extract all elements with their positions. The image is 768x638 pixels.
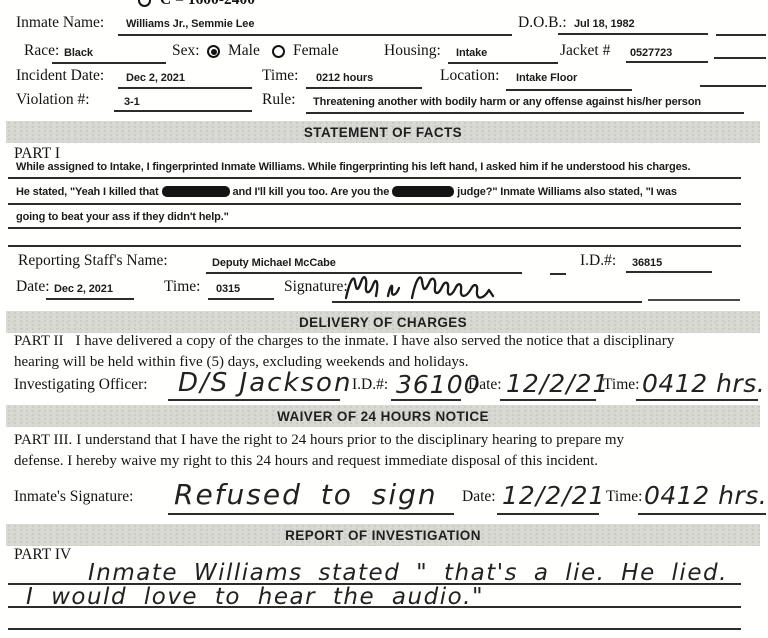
delivery-time-label: Time: bbox=[603, 376, 639, 394]
officer-underline bbox=[168, 399, 340, 401]
reporting-time-underline bbox=[208, 298, 274, 300]
dob-value: Jul 18, 1982 bbox=[574, 18, 635, 30]
race-underline bbox=[52, 62, 166, 64]
statement-line-3: going to beat your ass if they didn't he… bbox=[16, 211, 229, 223]
writing-line bbox=[8, 203, 741, 205]
inmate-name-label: Inmate Name: bbox=[16, 14, 104, 32]
writing-line bbox=[8, 177, 741, 179]
investigating-officer-value: D/S Jackson bbox=[178, 368, 352, 398]
part-iii-paragraph: PART III.I understand that I have the ri… bbox=[14, 430, 674, 472]
reporting-date-underline bbox=[46, 298, 134, 300]
statement-line-2b: and I'll kill you too. Are you the bbox=[233, 186, 390, 198]
reporting-staff-name-label: Reporting Staff's Name: bbox=[18, 252, 168, 270]
jacket-label: Jacket # bbox=[560, 42, 610, 60]
housing-underline bbox=[448, 62, 558, 64]
location-label: Location: bbox=[440, 67, 499, 85]
race-value: Black bbox=[64, 47, 93, 59]
rule-underline bbox=[306, 112, 744, 114]
reporting-id-underline bbox=[626, 271, 712, 273]
part-ii-body: I have delivered a copy of the charges t… bbox=[14, 333, 674, 370]
signature-underline-extension bbox=[648, 299, 740, 301]
sex-label: Sex: bbox=[172, 42, 200, 60]
violation-underline bbox=[114, 110, 252, 112]
inmate-name-underline bbox=[118, 34, 512, 36]
section-header-waiver: WAIVER OF 24 HOURS NOTICE bbox=[6, 405, 760, 427]
waiver-date-underline bbox=[497, 513, 599, 515]
part-iv-label: PART IV bbox=[14, 546, 71, 564]
male-radio-selected-dot bbox=[211, 49, 217, 55]
waiver-title: WAIVER OF 24 HOURS NOTICE bbox=[277, 409, 489, 424]
section-header-statement-of-facts: STATEMENT OF FACTS bbox=[6, 121, 760, 143]
row1-right-line bbox=[716, 34, 766, 36]
incident-date-underline bbox=[118, 87, 252, 89]
row3-right-line bbox=[700, 85, 766, 87]
violation-label: Violation #: bbox=[16, 91, 90, 109]
delivery-id-underline bbox=[391, 399, 461, 401]
report-of-investigation-title: REPORT OF INVESTIGATION bbox=[285, 528, 481, 543]
housing-label: Housing: bbox=[384, 42, 441, 60]
part-iii-label: PART III. bbox=[14, 432, 76, 448]
section-header-delivery-of-charges: DELIVERY OF CHARGES bbox=[6, 311, 760, 333]
statement-line-2: He stated, "Yeah I killed thatand I'll k… bbox=[16, 186, 677, 198]
disciplinary-report-form: C = 1600-2400 Inmate Name: Williams Jr.,… bbox=[0, 0, 768, 638]
incident-time-underline bbox=[306, 87, 422, 89]
writing-line bbox=[8, 606, 741, 608]
reporting-id-label: I.D.#: bbox=[580, 252, 616, 270]
inmate-name-value: Williams Jr., Semmie Lee bbox=[126, 18, 254, 30]
location-underline bbox=[506, 89, 632, 91]
part-ii-label: PART II bbox=[14, 333, 76, 349]
female-radio-label: Female bbox=[293, 42, 339, 60]
rule-label: Rule: bbox=[262, 91, 296, 109]
incident-date-value: Dec 2, 2021 bbox=[126, 72, 185, 84]
inmate-signature-value: Refused to sign bbox=[174, 478, 438, 511]
delivery-date-label: Date: bbox=[468, 376, 502, 394]
incident-time-label: Time: bbox=[262, 67, 298, 85]
male-radio bbox=[207, 45, 220, 58]
reporting-date-label: Date: bbox=[16, 278, 50, 296]
signature-underline bbox=[332, 301, 642, 303]
writing-line bbox=[8, 227, 741, 229]
rule-value: Threatening another with bodily harm or … bbox=[313, 96, 701, 108]
part-iii-body: I understand that I have the right to 24… bbox=[14, 432, 624, 469]
redaction-box-1 bbox=[162, 186, 230, 197]
delivery-date-value: 12/2/21 bbox=[506, 369, 609, 398]
reporting-staff-name-value: Deputy Michael McCabe bbox=[212, 257, 336, 269]
shift-c-radio bbox=[138, 0, 151, 7]
housing-value: Intake bbox=[456, 47, 487, 59]
delivery-of-charges-title: DELIVERY OF CHARGES bbox=[299, 315, 467, 330]
female-radio bbox=[272, 45, 285, 58]
statement-line-1: While assigned to Intake, I fingerprinte… bbox=[16, 161, 690, 173]
statement-of-facts-title: STATEMENT OF FACTS bbox=[304, 125, 462, 140]
delivery-time-underline bbox=[636, 399, 758, 401]
inmate-signature-label: Inmate's Signature: bbox=[14, 488, 133, 506]
row2-right-line bbox=[714, 57, 766, 59]
dob-label: D.O.B.: bbox=[518, 14, 567, 32]
investigating-officer-label: Investigating Officer: bbox=[14, 376, 148, 394]
reporting-id-value: 36815 bbox=[632, 257, 662, 269]
inmate-signature-underline bbox=[168, 513, 454, 515]
writing-line bbox=[8, 628, 741, 630]
section-header-report-of-investigation: REPORT OF INVESTIGATION bbox=[6, 524, 760, 546]
race-label: Race: bbox=[24, 42, 59, 60]
reporting-date-value: Dec 2, 2021 bbox=[54, 283, 113, 295]
statement-line-2c: judge?" Inmate Williams also stated, "I … bbox=[457, 186, 677, 198]
violation-value: 3-1 bbox=[124, 96, 140, 108]
jacket-value: 0527723 bbox=[630, 47, 672, 59]
delivery-date-underline bbox=[500, 399, 596, 401]
waiver-date-value: 12/2/21 bbox=[502, 481, 605, 510]
reporting-top-line bbox=[8, 245, 741, 247]
reporting-time-value: 0315 bbox=[216, 283, 240, 295]
jacket-underline bbox=[626, 61, 708, 63]
small-line-segment bbox=[550, 273, 566, 275]
delivery-id-label: I.D.#: bbox=[352, 376, 388, 394]
incident-time-value: 0212 hours bbox=[316, 72, 373, 84]
statement-line-2a: He stated, "Yeah I killed that bbox=[16, 186, 159, 198]
waiver-time-label: Time: bbox=[606, 488, 642, 506]
location-value: Intake Floor bbox=[516, 72, 577, 84]
part-ii-paragraph: PART III have delivered a copy of the ch… bbox=[14, 331, 706, 373]
delivery-time-value: 0412 hrs. bbox=[642, 369, 765, 398]
dob-underline bbox=[558, 33, 708, 35]
waiver-time-underline bbox=[638, 513, 766, 515]
incident-date-label: Incident Date: bbox=[16, 67, 104, 85]
reporting-time-label: Time: bbox=[164, 278, 200, 296]
waiver-date-label: Date: bbox=[462, 488, 496, 506]
redaction-box-2 bbox=[392, 186, 454, 197]
shift-option-partial: C = 1600-2400 bbox=[160, 0, 255, 9]
waiver-time-value: 0412 hrs. bbox=[644, 481, 767, 510]
male-radio-label: Male bbox=[228, 42, 260, 60]
